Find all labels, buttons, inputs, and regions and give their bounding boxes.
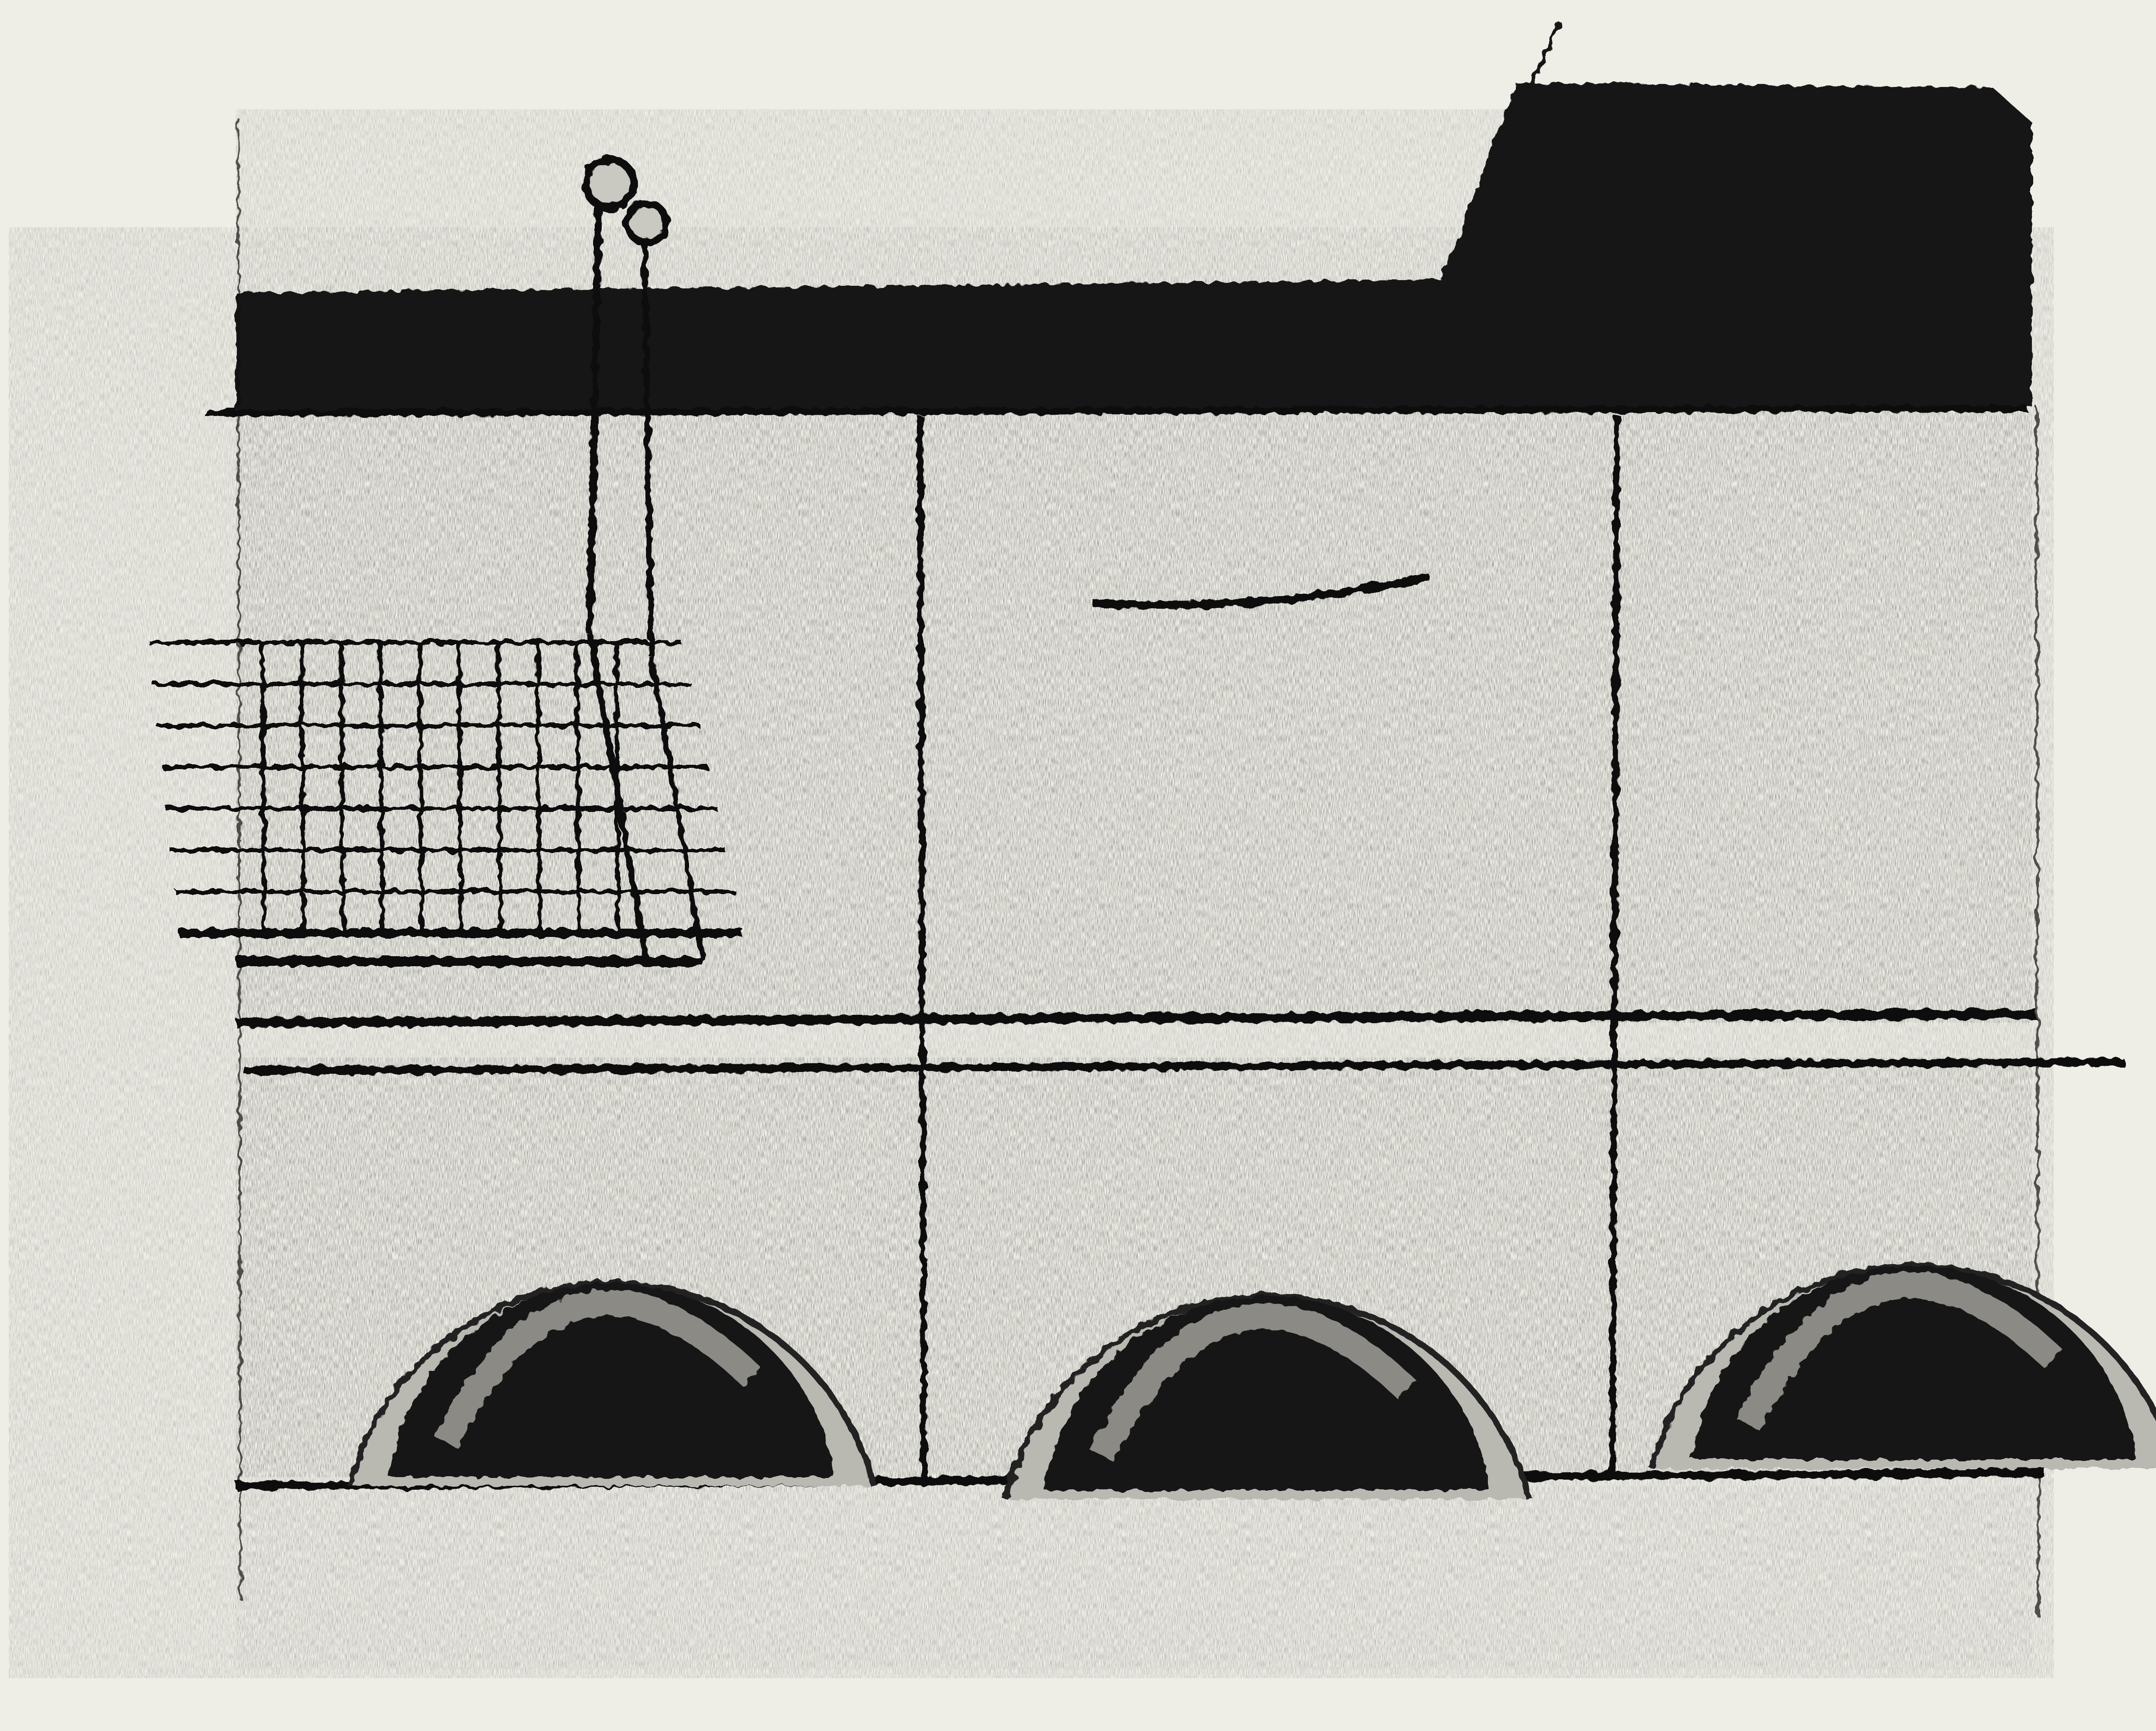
monotype-artwork: [0, 0, 2156, 1731]
wheels: [350, 1266, 2156, 1499]
